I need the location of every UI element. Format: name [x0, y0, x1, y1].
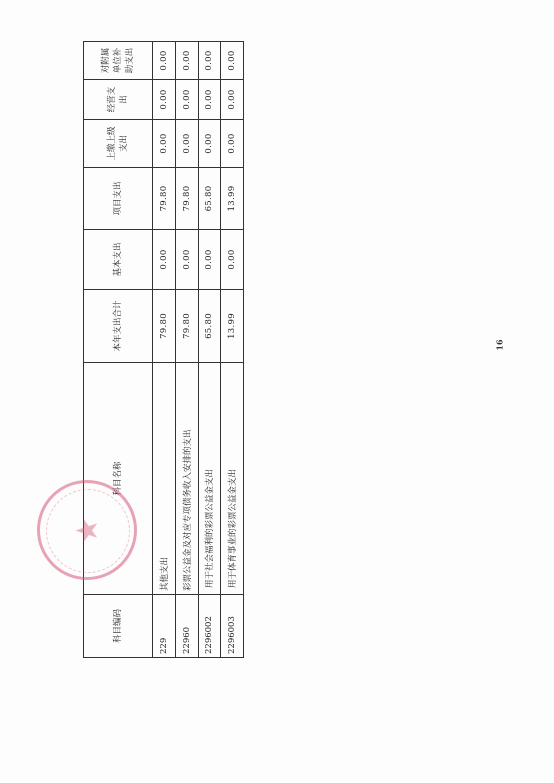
cell-code: 229 — [153, 595, 176, 658]
cell-name: 用于社会福利的彩票公益金支出 — [198, 363, 221, 595]
header-business: 经营支出 — [84, 80, 153, 120]
cell-total: 13.99 — [221, 290, 244, 363]
cell-business: 0.00 — [221, 80, 244, 120]
expenditure-table-container: 科目编码 科目名称 本年支出合计 基本支出 项目支出 上缴上级支出 经营支出 对… — [83, 42, 243, 658]
header-total: 本年支出合计 — [84, 290, 153, 363]
cell-upper: 0.00 — [198, 120, 221, 168]
table-row: 2296003 用于体育事业的彩票公益金支出 13.99 0.00 13.99 … — [221, 42, 244, 658]
cell-business: 0.00 — [153, 80, 176, 120]
header-name: 科目名称 — [84, 363, 153, 595]
cell-upper: 0.00 — [153, 120, 176, 168]
table-header-row: 科目编码 科目名称 本年支出合计 基本支出 项目支出 上缴上级支出 经营支出 对… — [84, 42, 153, 658]
cell-project: 79.80 — [175, 168, 198, 230]
cell-basic: 0.00 — [153, 230, 176, 290]
cell-project: 65.80 — [198, 168, 221, 230]
cell-project: 79.80 — [153, 168, 176, 230]
table-row: 229 其他支出 79.80 0.00 79.80 0.00 0.00 0.00 — [153, 42, 176, 658]
cell-basic: 0.00 — [221, 230, 244, 290]
table-row: 2296002 用于社会福利的彩票公益金支出 65.80 0.00 65.80 … — [198, 42, 221, 658]
header-upper: 上缴上级支出 — [84, 120, 153, 168]
cell-total: 79.80 — [153, 290, 176, 363]
cell-subsidy: 0.00 — [175, 42, 198, 80]
cell-name: 其他支出 — [153, 363, 176, 595]
cell-code: 2296003 — [221, 595, 244, 658]
cell-basic: 0.00 — [175, 230, 198, 290]
cell-upper: 0.00 — [175, 120, 198, 168]
cell-business: 0.00 — [175, 80, 198, 120]
cell-total: 65.80 — [198, 290, 221, 363]
cell-code: 2296002 — [198, 595, 221, 658]
page-number: 16 — [495, 339, 505, 350]
cell-total: 79.80 — [175, 290, 198, 363]
header-project: 项目支出 — [84, 168, 153, 230]
cell-basic: 0.00 — [198, 230, 221, 290]
header-code: 科目编码 — [84, 595, 153, 658]
cell-project: 13.99 — [221, 168, 244, 230]
cell-subsidy: 0.00 — [221, 42, 244, 80]
table-row: 22960 彩票公益金及对应专项债务收入安排的支出 79.80 0.00 79.… — [175, 42, 198, 658]
cell-name: 用于体育事业的彩票公益金支出 — [221, 363, 244, 595]
cell-name: 彩票公益金及对应专项债务收入安排的支出 — [175, 363, 198, 595]
cell-subsidy: 0.00 — [153, 42, 176, 80]
cell-code: 22960 — [175, 595, 198, 658]
expenditure-table: 科目编码 科目名称 本年支出合计 基本支出 项目支出 上缴上级支出 经营支出 对… — [83, 41, 244, 658]
header-subsidy: 对附属单位补助支出 — [84, 42, 153, 80]
cell-upper: 0.00 — [221, 120, 244, 168]
header-basic: 基本支出 — [84, 230, 153, 290]
cell-business: 0.00 — [198, 80, 221, 120]
cell-subsidy: 0.00 — [198, 42, 221, 80]
